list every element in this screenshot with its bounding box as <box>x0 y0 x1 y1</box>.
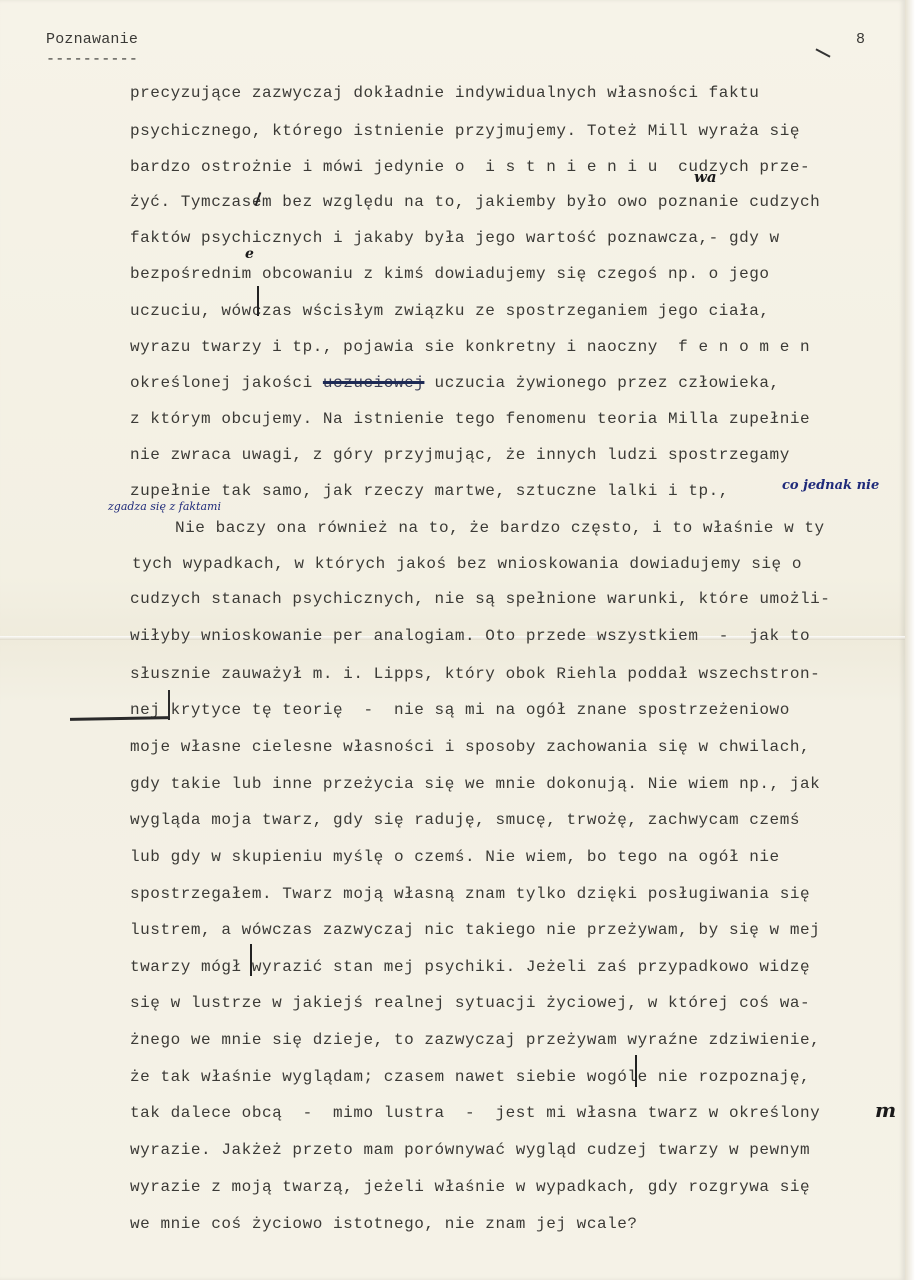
insertion-caret-mark <box>635 1055 637 1087</box>
text-line: zupełnie tak samo, jak rzeczy martwe, sz… <box>130 482 729 500</box>
text-line: bezpośrednim obcowaniu z kimś dowiadujem… <box>130 265 770 283</box>
text-line: lustrem, a wówczas zazwyczaj nic takiego… <box>130 921 820 939</box>
margin-note-line-2: zgadza się z faktami <box>108 500 221 513</box>
text-line: lub gdy w skupieniu myślę o czemś. Nie w… <box>130 848 780 866</box>
text-line: z którym obcujemy. Na istnienie tego fen… <box>130 410 810 428</box>
corner-pencil-mark <box>815 48 830 57</box>
document-page: Poznawanie ---------- 8 precyzujące zazw… <box>0 0 905 1280</box>
margin-bracket-line <box>70 716 170 721</box>
handwritten-insert-wa: wa <box>694 168 717 186</box>
text-line: gdy takie lub inne przeżycia się we mnie… <box>130 775 820 793</box>
text-line: wyrazie. Jakżeż przeto mam porównywać wy… <box>130 1141 810 1159</box>
text-line: słusznie zauważył m. i. Lipps, który obo… <box>130 665 820 683</box>
insertion-caret-mark <box>250 944 252 976</box>
text-line: nej krytyce tę teorię - nie są mi na ogó… <box>130 701 790 719</box>
running-header-title: Poznawanie <box>46 31 138 48</box>
text-line: we mnie coś życiowo istotnego, nie znam … <box>130 1215 638 1233</box>
text-line: wyrazie z moją twarzą, jeżeli właśnie w … <box>130 1178 810 1196</box>
handwritten-insert-e: e <box>245 246 254 262</box>
text-line: precyzujące zazwyczaj dokładnie indywidu… <box>130 84 759 102</box>
text-line: wyrazu twarzy i tp., pojawia sie konkret… <box>130 338 810 356</box>
text-line: tych wypadkach, w których jakoś bez wnio… <box>132 555 802 573</box>
text-line: żnego we mnie się dzieje, to zazwyczaj p… <box>130 1031 820 1049</box>
margin-note-line-1: co jednak nie <box>782 478 879 493</box>
text-line: że tak właśnie wyglądam; czasem nawet si… <box>130 1068 810 1086</box>
text-line: wygląda moja twarz, gdy się raduję, smuc… <box>130 811 800 829</box>
text-line: żyć. Tymczasem bez względu na to, jakiem… <box>130 193 820 211</box>
text-line-with-strikethrough: określonej jakości uczuciowej uczucia ży… <box>130 374 780 392</box>
text-line: tak dalece obcą - mimo lustra - jest mi … <box>130 1104 820 1122</box>
insertion-caret-mark <box>257 286 259 316</box>
scan-edge <box>905 0 915 1280</box>
text-line: twarzy mógł wyrazić stan mej psychiki. J… <box>130 958 810 976</box>
text-line: moje własne cielesne własności i sposoby… <box>130 738 810 756</box>
text-line: nie zwraca uwagi, z góry przyjmując, że … <box>130 446 790 464</box>
page-number: 8 <box>856 31 865 48</box>
text-line: się w lustrze w jakiejś realnej sytuacji… <box>130 994 810 1012</box>
text-line: psychicznego, którego istnienie przyjmuj… <box>130 122 800 140</box>
text-segment: określonej jakości <box>130 374 323 392</box>
paragraph-start-line: Nie baczy ona również na to, że bardzo c… <box>175 519 825 537</box>
struck-word: uczuciowej <box>323 374 425 392</box>
text-segment: uczucia żywionego przez człowieka, <box>424 374 779 392</box>
text-line: cudzych stanach psychicznych, nie są spe… <box>130 590 830 608</box>
text-line: faktów psychicznych i jakaby była jego w… <box>130 229 780 247</box>
text-line: uczuciu, wówczas wścisłym związku ze spo… <box>130 302 770 320</box>
text-line: spostrzegałem. Twarz moją własną znam ty… <box>130 885 810 903</box>
handwritten-insert-m: m <box>875 1098 896 1122</box>
header-underline: ---------- <box>46 51 138 68</box>
text-line: wiłyby wnioskowanie per analogiam. Oto p… <box>130 627 810 645</box>
margin-bracket-vertical <box>168 690 170 720</box>
